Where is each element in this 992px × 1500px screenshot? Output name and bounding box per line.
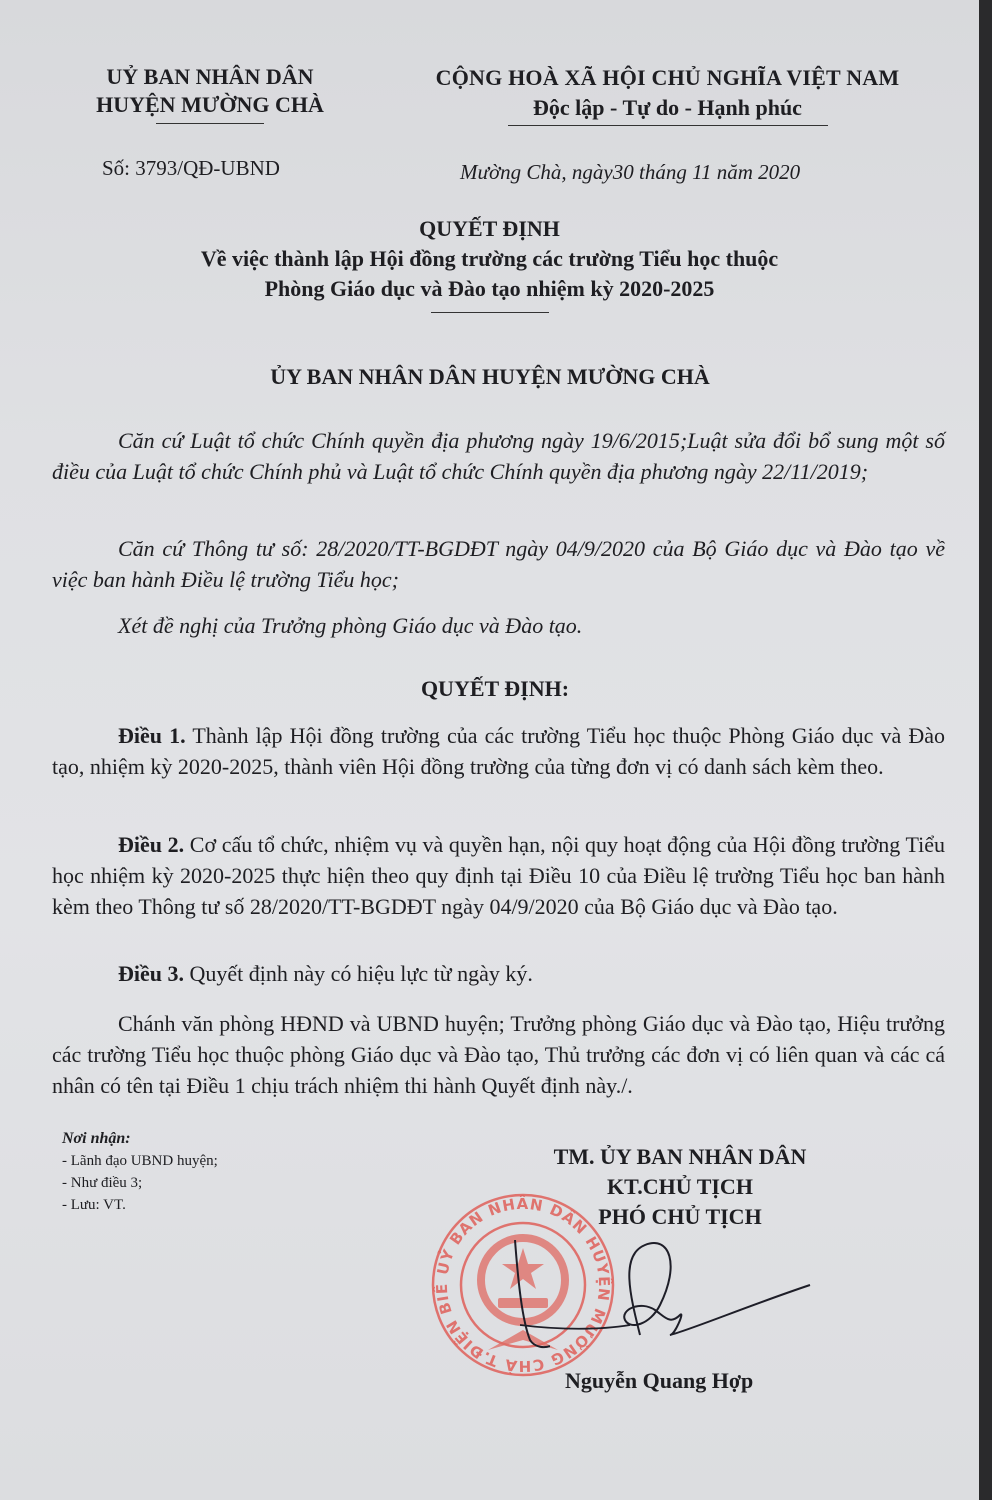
preamble-1: Căn cứ Luật tổ chức Chính quyền địa phươ… [52,425,945,487]
divider [156,123,264,124]
document-title: QUYẾT ĐỊNH Về việc thành lập Hội đồng tr… [0,214,979,313]
subject-line-2: Phòng Giáo dục và Đào tạo nhiệm kỳ 2020-… [0,274,979,304]
preamble-text: Căn cứ Thông tư số: 28/2020/TT-BGDĐT ngà… [52,536,945,592]
signature-stroke-icon [510,1240,550,1350]
article-label: Điều 1. [118,723,186,748]
preamble-3: Xét đề nghị của Trưởng phòng Giáo dục và… [52,610,945,641]
article-text: Quyết định này có hiệu lực từ ngày ký. [184,961,533,986]
divider [508,125,828,126]
article-text: Cơ cấu tổ chức, nhiệm vụ và quyền hạn, n… [52,832,945,919]
agency-line-2: HUYỆN MƯỜNG CHÀ [60,91,360,119]
preamble-text: Xét đề nghị của Trưởng phòng Giáo dục và… [118,613,582,638]
article-label: Điều 2. [118,832,184,857]
national-motto: Độc lập - Tự do - Hạnh phúc [395,93,940,123]
article-label: Điều 3. [118,961,184,986]
recipient-item: - Lưu: VT. [62,1194,218,1216]
country-name: CỘNG HOÀ XÃ HỘI CHỦ NGHĨA VIỆT NAM [395,63,940,93]
document-page: UỶ BAN NHÂN DÂN HUYỆN MƯỜNG CHÀ CỘNG HOÀ… [0,0,979,1500]
signer-name: Nguyễn Quang Hợp [565,1368,753,1394]
national-header: CỘNG HOÀ XÃ HỘI CHỦ NGHĨA VIỆT NAM Độc l… [395,63,940,126]
article-3: Điều 3. Quyết định này có hiệu lực từ ng… [52,958,945,989]
subject-line-1: Về việc thành lập Hội đồng trường các tr… [0,244,979,274]
document-number: Số: 3793/QĐ-UBND [102,156,280,181]
recipients-heading: Nơi nhận: [62,1128,218,1150]
title-heading: QUYẾT ĐỊNH [0,214,979,244]
issuing-agency: UỶ BAN NHÂN DÂN HUYỆN MƯỜNG CHÀ [60,63,360,124]
recipient-item: - Như điều 3; [62,1172,218,1194]
article-text: Thành lập Hội đồng trường của các trường… [52,723,945,779]
decision-heading: QUYẾT ĐỊNH: [0,676,990,702]
execution-text: Chánh văn phòng HĐND và UBND huyện; Trưở… [52,1011,945,1098]
place-date: Mường Chà, ngày30 tháng 11 năm 2020 [460,160,800,185]
divider [431,312,549,313]
article-2: Điều 2. Cơ cấu tổ chức, nhiệm vụ và quyề… [52,829,945,922]
article-1: Điều 1. Thành lập Hội đồng trường của cá… [52,720,945,782]
signature-line-1: TM. ỦY BAN NHÂN DÂN [500,1142,860,1172]
execution-clause: Chánh văn phòng HĐND và UBND huyện; Trưở… [52,1008,945,1101]
preamble-2: Căn cứ Thông tư số: 28/2020/TT-BGDĐT ngà… [52,533,945,595]
signature-icon [520,1235,820,1355]
preamble-text: Căn cứ Luật tổ chức Chính quyền địa phươ… [52,428,945,484]
agency-line-1: UỶ BAN NHÂN DÂN [60,63,360,91]
recipient-item: - Lãnh đạo UBND huyện; [62,1150,218,1172]
recipients: Nơi nhận: - Lãnh đạo UBND huyện; - Như đ… [62,1128,218,1216]
issuer-heading: ỦY BAN NHÂN DÂN HUYỆN MƯỜNG CHÀ [0,364,980,390]
